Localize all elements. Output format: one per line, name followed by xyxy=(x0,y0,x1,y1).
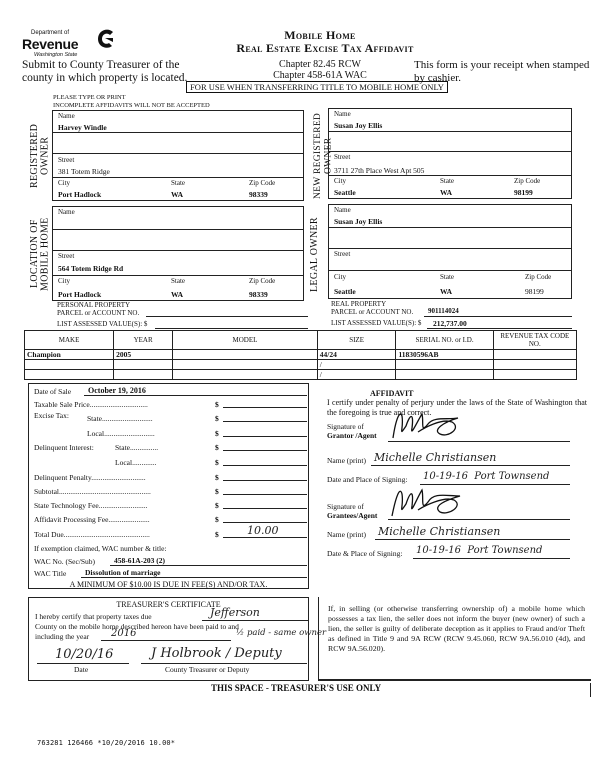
cell-size[interactable]: / xyxy=(317,370,396,380)
chapter-rcw: Chapter 82.45 RCW xyxy=(260,59,380,70)
legal-city-value: Seattle xyxy=(334,287,356,296)
taxable-price-field[interactable] xyxy=(223,399,307,408)
date-of-sale-field[interactable]: October 19, 2016 xyxy=(84,386,307,396)
subtotal-label: Subtotal................................… xyxy=(34,487,151,496)
treasurer-title: TREASURER'S CERTIFICATE xyxy=(29,600,308,609)
excise-local-label: Local........................... xyxy=(87,429,155,438)
new-street-value: 3711 27th Place West Apt 505 xyxy=(334,166,424,175)
loc-city-value: Port Hadlock xyxy=(58,290,101,299)
county-field[interactable]: Jefferson xyxy=(202,610,308,621)
real-account-value: 901114024 xyxy=(428,307,459,315)
registered-owner-box: Name Harvey Windle Street 381 Totem Ridg… xyxy=(52,110,304,201)
chapter-refs: Chapter 82.45 RCW Chapter 458-61A WAC xyxy=(260,59,380,81)
wac-no-field[interactable]: 458-61A-203 (2) xyxy=(110,556,307,566)
registered-owner-label: REGISTEREDOWNER xyxy=(30,112,52,200)
grantee-signature-label: Signature of Grantees/Agent xyxy=(327,503,377,520)
cell-model[interactable] xyxy=(173,350,318,360)
submit-note: Submit to County Treasurer of the county… xyxy=(22,59,192,84)
wac-title-label: WAC Title xyxy=(34,569,66,578)
legal-owner-box: Name Susan Joy Ellis Street City State Z… xyxy=(328,204,572,299)
loc-state-value: WA xyxy=(171,290,183,299)
processing-fee-field[interactable] xyxy=(223,514,307,523)
cell-size[interactable]: 44/24 xyxy=(317,350,396,360)
legal-name-row[interactable]: Name Susan Joy Ellis xyxy=(329,205,571,228)
new-city-value: Seattle xyxy=(334,188,356,197)
grantee-name-value: Michelle Christiansen xyxy=(378,525,500,538)
grantee-date-label: Date & Place of Signing: xyxy=(327,550,402,559)
fees-box: Date of Sale October 19, 2016 Taxable Sa… xyxy=(28,383,309,589)
county-value: Jefferson xyxy=(210,606,260,619)
logo-state: Washington State xyxy=(34,52,77,58)
loc-city-row[interactable]: City State Zip Code Port Hadlock WA 9833… xyxy=(53,276,303,302)
new-name-value: Susan Joy Ellis xyxy=(334,121,382,130)
new-zip-value: 98199 xyxy=(514,188,533,197)
real-assessed-field[interactable]: 212,737.00 xyxy=(427,319,572,329)
grantor-name-label: Name (print) xyxy=(327,457,366,466)
treasurer-signature-field[interactable]: J Holbrook / Deputy xyxy=(141,650,307,664)
personal-assessed-label: LIST ASSESSED VALUE(S): $ xyxy=(57,320,147,328)
location-box: Name Street 564 Totem Ridge Rd City Stat… xyxy=(52,206,304,301)
new-name2-row[interactable] xyxy=(329,132,571,152)
personal-assessed-field[interactable] xyxy=(155,320,308,329)
legal-state-value: WA xyxy=(440,287,452,296)
minimum-note: A MINIMUM OF $10.00 IS DUE IN FEE(S) AND… xyxy=(29,580,308,589)
treasurer-signature-label: County Treasurer or Deputy xyxy=(165,665,249,674)
table-row: Champion 2005 44/24 11830596AB xyxy=(25,350,577,360)
new-name-row[interactable]: Name Susan Joy Ellis xyxy=(329,109,571,132)
grantor-name-field[interactable]: Michelle Christiansen xyxy=(371,454,570,466)
table-row: / xyxy=(25,370,577,380)
real-property-label: REAL PROPERTY PARCEL or ACCOUNT NO. xyxy=(331,300,413,316)
form-title-line2: Real Estate Excise Tax Affidavit xyxy=(195,41,455,56)
grantee-date-field[interactable]: 10-19-16 Port Townsend xyxy=(413,548,570,559)
cashier-stamp: 763281 126466 *10/20/2016 10.00* xyxy=(37,739,175,747)
legal-owner-label: LEGAL OWNER xyxy=(310,210,328,300)
reg-city-row[interactable]: City State Zip Code Port Hadlock WA 9833… xyxy=(53,178,303,202)
cell-serial[interactable]: 11830596AB xyxy=(396,350,493,360)
grantor-signature-icon xyxy=(388,408,478,442)
new-street-row[interactable]: Street 3711 27th Place West Apt 505 xyxy=(329,152,571,176)
loc-zip-value: 98339 xyxy=(249,290,268,299)
delinquent-state-field[interactable] xyxy=(223,442,307,451)
tech-fee-label: State Technology Fee....................… xyxy=(34,501,148,510)
treasurer-date-label: Date xyxy=(74,665,88,674)
grantor-date-value: 10-19-16 Port Townsend xyxy=(423,471,549,482)
legal-name2-row[interactable] xyxy=(329,228,571,249)
revenue-swirl-icon xyxy=(96,28,116,50)
affidavit-title: AFFIDAVIT xyxy=(370,389,413,398)
personal-account-field[interactable] xyxy=(146,307,308,317)
cell-make[interactable]: Champion xyxy=(25,350,114,360)
grantor-signature-label: Signature of Grantor /Agent xyxy=(327,423,377,440)
cell-year[interactable] xyxy=(114,360,173,370)
grantee-name-label: Name (print) xyxy=(327,531,366,540)
cell-serial[interactable] xyxy=(396,360,493,370)
table-header-row: MAKE YEAR MODEL SIZE SERIAL NO. or I.D. … xyxy=(25,331,577,350)
processing-fee-label: Affidavit Processing Fee................… xyxy=(34,515,150,524)
wac-no-label: WAC No. (Sec/Sub) xyxy=(34,557,95,566)
treasurer-line1: I hereby certify that property taxes due xyxy=(35,612,152,621)
cell-size[interactable]: / xyxy=(317,360,396,370)
location-label: LOCATION OFMOBILE HOME xyxy=(30,206,52,302)
loc-name2-row[interactable] xyxy=(53,230,303,251)
subtotal-field[interactable] xyxy=(223,486,307,495)
exemption-label: If exemption claimed, WAC number & title… xyxy=(34,544,167,553)
treasurer-line2: County on the mobile home described here… xyxy=(35,622,239,631)
real-account-field[interactable]: 901114024 xyxy=(424,307,572,317)
excise-local-field[interactable] xyxy=(223,428,307,437)
loc-street-value: 564 Totem Ridge Rd xyxy=(58,264,123,273)
new-city-row[interactable]: City State Zip Code Seattle WA 98199 xyxy=(329,176,571,200)
cell-tax-code[interactable] xyxy=(493,350,576,360)
delinquent-local-label: Local............. xyxy=(115,458,156,467)
total-due-label: Total Due...............................… xyxy=(34,530,150,539)
grantor-signature-field[interactable] xyxy=(388,430,570,442)
legal-zip-value: 98199 xyxy=(525,287,544,296)
tax-year-field[interactable]: 2016 xyxy=(101,631,231,641)
table-row: / xyxy=(25,360,577,370)
date-of-sale-label: Date of Sale xyxy=(34,387,71,396)
incomplete-warning: INCOMPLETE AFFIDAVITS WILL NOT BE ACCEPT… xyxy=(53,102,210,110)
loc-street-row[interactable]: Street 564 Totem Ridge Rd xyxy=(53,251,303,276)
transfer-note: FOR USE WHEN TRANSFERRING TITLE TO MOBIL… xyxy=(186,81,448,93)
tech-fee-field[interactable] xyxy=(223,500,307,509)
cell-year[interactable]: 2005 xyxy=(114,350,173,360)
cell-tax-code[interactable] xyxy=(493,360,576,370)
excise-state-field[interactable] xyxy=(223,413,307,422)
instructions: PLEASE TYPE OR PRINT INCOMPLETE AFFIDAVI… xyxy=(53,94,210,109)
delinquent-state-label: State............... xyxy=(115,443,158,452)
reg-city-value: Port Hadlock xyxy=(58,190,101,199)
personal-property-label: PERSONAL PROPERTY PARCEL or ACCOUNT NO. xyxy=(57,301,139,317)
treasurer-use-only: THIS SPACE - TREASURER'S USE ONLY xyxy=(211,683,381,693)
new-owner-box: Name Susan Joy Ellis Street 3711 27th Pl… xyxy=(328,108,572,199)
wac-title-field[interactable]: Dissolution of marriage xyxy=(81,568,307,578)
reg-name-value: Harvey Windle xyxy=(58,123,107,132)
new-state-value: WA xyxy=(440,188,452,197)
reg-zip-value: 98339 xyxy=(249,190,268,199)
grantee-name-field[interactable]: Michelle Christiansen xyxy=(375,528,570,540)
col-make: MAKE xyxy=(25,331,114,350)
dor-logo: Department of Revenue Washington State xyxy=(20,28,110,58)
legal-name-value: Susan Joy Ellis xyxy=(334,217,382,226)
col-size: SIZE xyxy=(317,331,396,350)
col-model: MODEL xyxy=(173,331,318,350)
treasurer-certificate-box: TREASURER'S CERTIFICATE I hereby certify… xyxy=(28,597,309,681)
grantor-name-value: Michelle Christiansen xyxy=(374,451,496,464)
treasurer-line3: including the year xyxy=(35,632,89,641)
col-tax-code: REVENUE TAX CODE NO. xyxy=(493,331,576,350)
reg-name-row[interactable]: Name Harvey Windle xyxy=(53,111,303,133)
mobile-home-table: MAKE YEAR MODEL SIZE SERIAL NO. or I.D. … xyxy=(24,330,577,380)
legal-street-row[interactable]: Street xyxy=(329,249,571,271)
loc-name-row[interactable]: Name xyxy=(53,207,303,230)
divider xyxy=(590,683,591,697)
grantee-date-value: 10-19-16 Port Townsend xyxy=(416,545,542,556)
cell-model[interactable] xyxy=(173,360,318,370)
reg-street-value: 381 Totem Ridge xyxy=(58,167,110,176)
delinquent-interest-label: Delinquent Interest: xyxy=(34,443,94,452)
cell-serial[interactable] xyxy=(396,370,493,380)
excise-tax-label: Excise Tax: xyxy=(34,411,69,420)
reg-state-value: WA xyxy=(171,190,183,199)
treasurer-date-field[interactable]: 10/20/16 xyxy=(37,650,129,664)
reg-name2-row[interactable] xyxy=(53,133,303,154)
grantee-signature-icon xyxy=(388,484,478,520)
real-assessed-label: LIST ASSESSED VALUE(S): $ xyxy=(331,319,421,327)
wac-title-value: Dissolution of marriage xyxy=(85,568,160,577)
cell-model[interactable] xyxy=(173,370,318,380)
delinquent-local-field[interactable] xyxy=(223,457,307,466)
delinquent-penalty-label: Delinquent Penalty......................… xyxy=(34,473,146,482)
legal-city-row[interactable]: City State Zip Code Seattle WA 98199 xyxy=(329,271,571,300)
reg-street-row[interactable]: Street 381 Totem Ridge xyxy=(53,154,303,178)
treasurer-date-value: 10/20/16 xyxy=(55,647,113,662)
paid-note: ½ paid - same owner xyxy=(236,628,326,638)
total-due-field[interactable]: 10.00 xyxy=(223,529,307,538)
tax-year-value: 2016 xyxy=(111,628,136,639)
please-type: PLEASE TYPE OR PRINT xyxy=(53,94,210,102)
chapter-wac: Chapter 458-61A WAC xyxy=(260,70,380,81)
total-due-value: 10.00 xyxy=(247,524,279,537)
cell-make[interactable] xyxy=(25,370,114,380)
logo-name: Revenue xyxy=(22,36,78,52)
cell-make[interactable] xyxy=(25,360,114,370)
delinquent-penalty-field[interactable] xyxy=(223,472,307,481)
cell-tax-code[interactable] xyxy=(493,370,576,380)
grantee-signature-field[interactable] xyxy=(388,508,570,520)
real-assessed-value: 212,737.00 xyxy=(433,319,467,328)
tax-lien-warning: If, in selling (or otherwise transferrin… xyxy=(318,597,591,681)
col-year: YEAR xyxy=(114,331,173,350)
wac-no-value: 458-61A-203 (2) xyxy=(114,556,165,565)
treasurer-signature-value: J Holbrook / Deputy xyxy=(151,646,282,661)
col-serial: SERIAL NO. or I.D. xyxy=(396,331,493,350)
excise-state-label: State........................... xyxy=(87,414,153,423)
cell-year[interactable] xyxy=(114,370,173,380)
taxable-price-label: Taxable Sale Price......................… xyxy=(34,400,148,409)
date-of-sale-value: October 19, 2016 xyxy=(88,386,146,395)
